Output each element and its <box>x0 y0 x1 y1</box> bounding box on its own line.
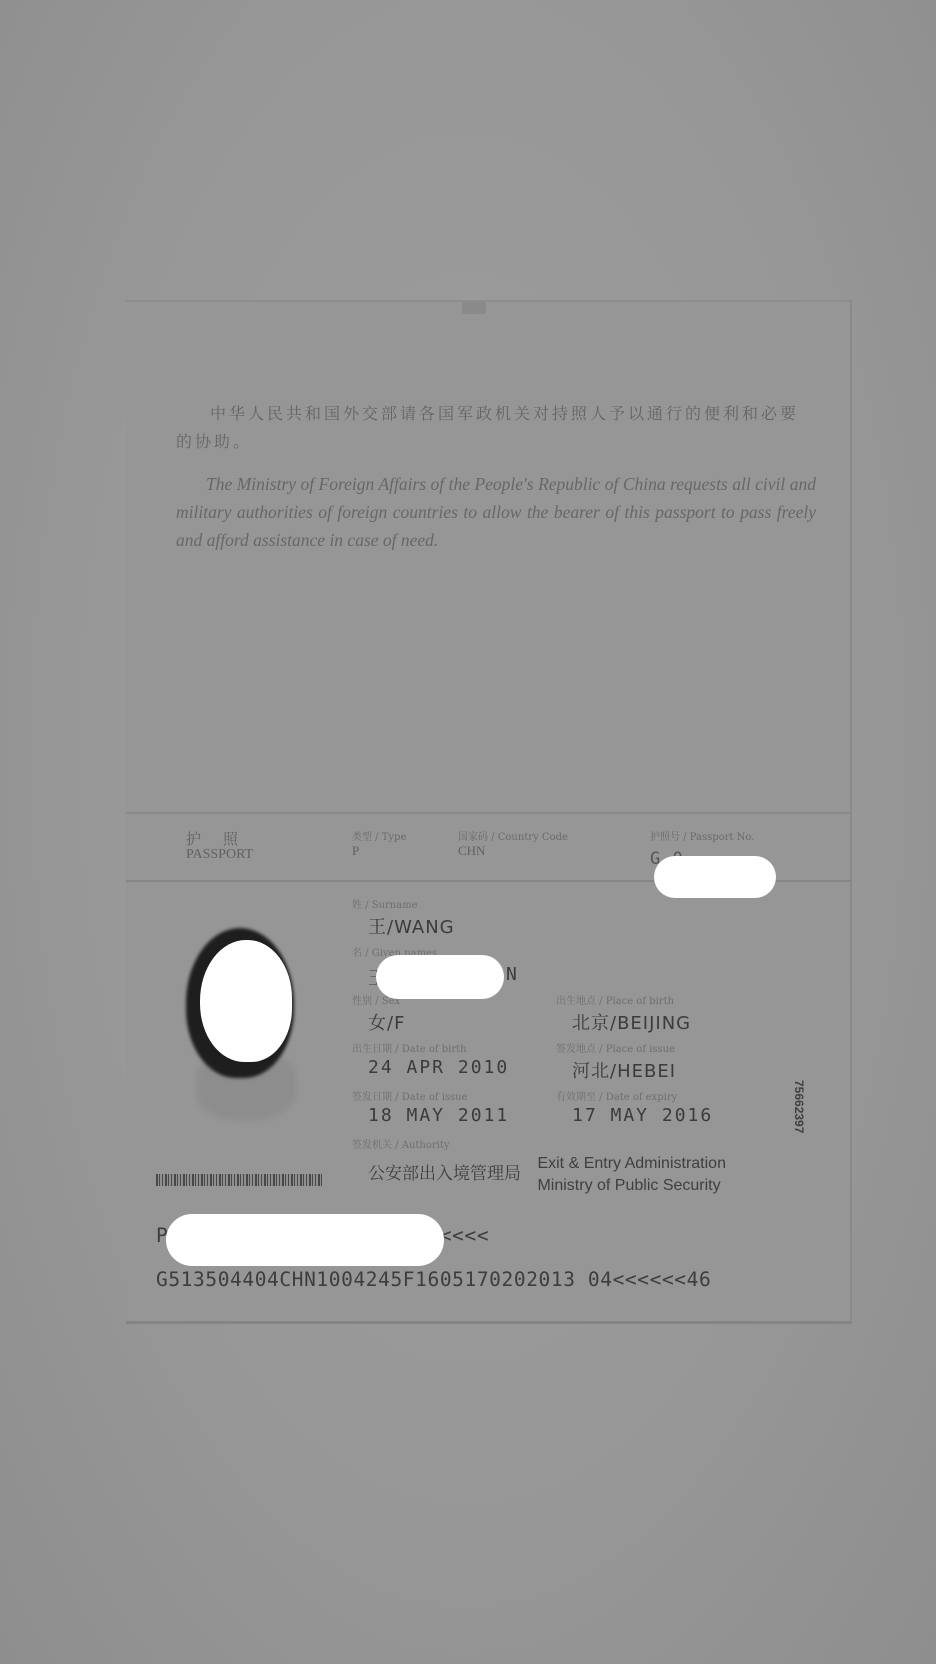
document-type-heading: 护照 PASSPORT <box>186 828 260 863</box>
type-field: 类型 / Type P <box>352 828 406 859</box>
endorsement-en: The Ministry of Foreign Affairs of the P… <box>176 470 816 554</box>
sex-value: 女/F <box>368 1009 405 1035</box>
endorsement-text: 中华人民共和国外交部请各国军政机关对持照人予以通行的便利和必要的协助。 The … <box>176 400 816 554</box>
place-of-issue-value: 河北/HEBEI <box>572 1057 676 1083</box>
authority-en-line2: Ministry of Public Security <box>537 1177 720 1194</box>
country-code-field: 国家码 / Country Code CHN <box>458 828 568 859</box>
place-of-issue-field: 签发地点 / Place of issue 河北/HEBEI <box>556 1040 676 1083</box>
date-of-expiry-field: 有效期至 / Date of expiry 17 MAY 2016 <box>556 1088 713 1126</box>
page-top-edge <box>126 300 852 302</box>
serial-number: 75662397 <box>792 1080 806 1133</box>
barcode <box>156 1174 322 1186</box>
date-of-expiry-label: 有效期至 / Date of expiry <box>556 1088 713 1103</box>
given-names-redaction <box>376 955 504 999</box>
surname-value: 王/WANG <box>368 913 455 939</box>
passport-number-redaction <box>654 856 776 898</box>
fold-line <box>126 812 852 814</box>
type-label: 类型 / Type <box>352 828 406 843</box>
date-of-issue-field: 签发日期 / Date of issue 18 MAY 2011 <box>352 1088 509 1126</box>
place-of-birth-label: 出生地点 / Place of birth <box>556 992 691 1007</box>
staple-mark <box>462 302 486 314</box>
country-code-value: CHN <box>458 843 568 859</box>
holder-photo <box>166 900 322 1130</box>
authority-value-zh: 公安部出入境管理局 <box>368 1159 521 1184</box>
face-redaction <box>200 940 292 1062</box>
passport-page: 中华人民共和国外交部请各国军政机关对持照人予以通行的便利和必要的协助。 The … <box>126 300 852 1324</box>
doc-title-en: PASSPORT <box>186 847 260 863</box>
endorsement-zh: 中华人民共和国外交部请各国军政机关对持照人予以通行的便利和必要的协助。 <box>176 400 816 456</box>
mrz-line-2: G513504404CHN1004245F1605170202013 04<<<… <box>156 1268 711 1291</box>
date-of-birth-field: 出生日期 / Date of birth 24 APR 2010 <box>352 1040 509 1078</box>
date-of-birth-label: 出生日期 / Date of birth <box>352 1040 509 1055</box>
mrz-name-redaction <box>166 1214 444 1266</box>
date-of-issue-label: 签发日期 / Date of issue <box>352 1088 509 1103</box>
place-of-issue-label: 签发地点 / Place of issue <box>556 1040 676 1055</box>
surname-label: 姓 / Surname <box>352 896 455 911</box>
place-of-birth-field: 出生地点 / Place of birth 北京/BEIJING <box>556 992 691 1035</box>
doc-title-zh: 护照 <box>186 828 260 849</box>
authority-label: 签发机关 / Authority <box>352 1136 726 1151</box>
surname-field: 姓 / Surname 王/WANG <box>352 896 455 939</box>
date-of-issue-value: 18 MAY 2011 <box>368 1105 509 1126</box>
given-names-value-tail: N <box>506 964 517 985</box>
type-value: P <box>352 843 406 859</box>
country-code-label: 国家码 / Country Code <box>458 828 568 843</box>
authority-field: 签发机关 / Authority 公安部出入境管理局 Exit & Entry … <box>352 1136 726 1197</box>
date-of-expiry-value: 17 MAY 2016 <box>572 1105 713 1126</box>
date-of-birth-value: 24 APR 2010 <box>368 1057 509 1078</box>
place-of-birth-value: 北京/BEIJING <box>572 1009 691 1035</box>
authority-value-en: Exit & Entry Administration Ministry of … <box>537 1153 726 1197</box>
page-bottom-edge <box>126 1321 852 1324</box>
authority-en-line1: Exit & Entry Administration <box>537 1155 726 1172</box>
passport-number-label: 护照号 / Passport No. <box>650 828 754 843</box>
